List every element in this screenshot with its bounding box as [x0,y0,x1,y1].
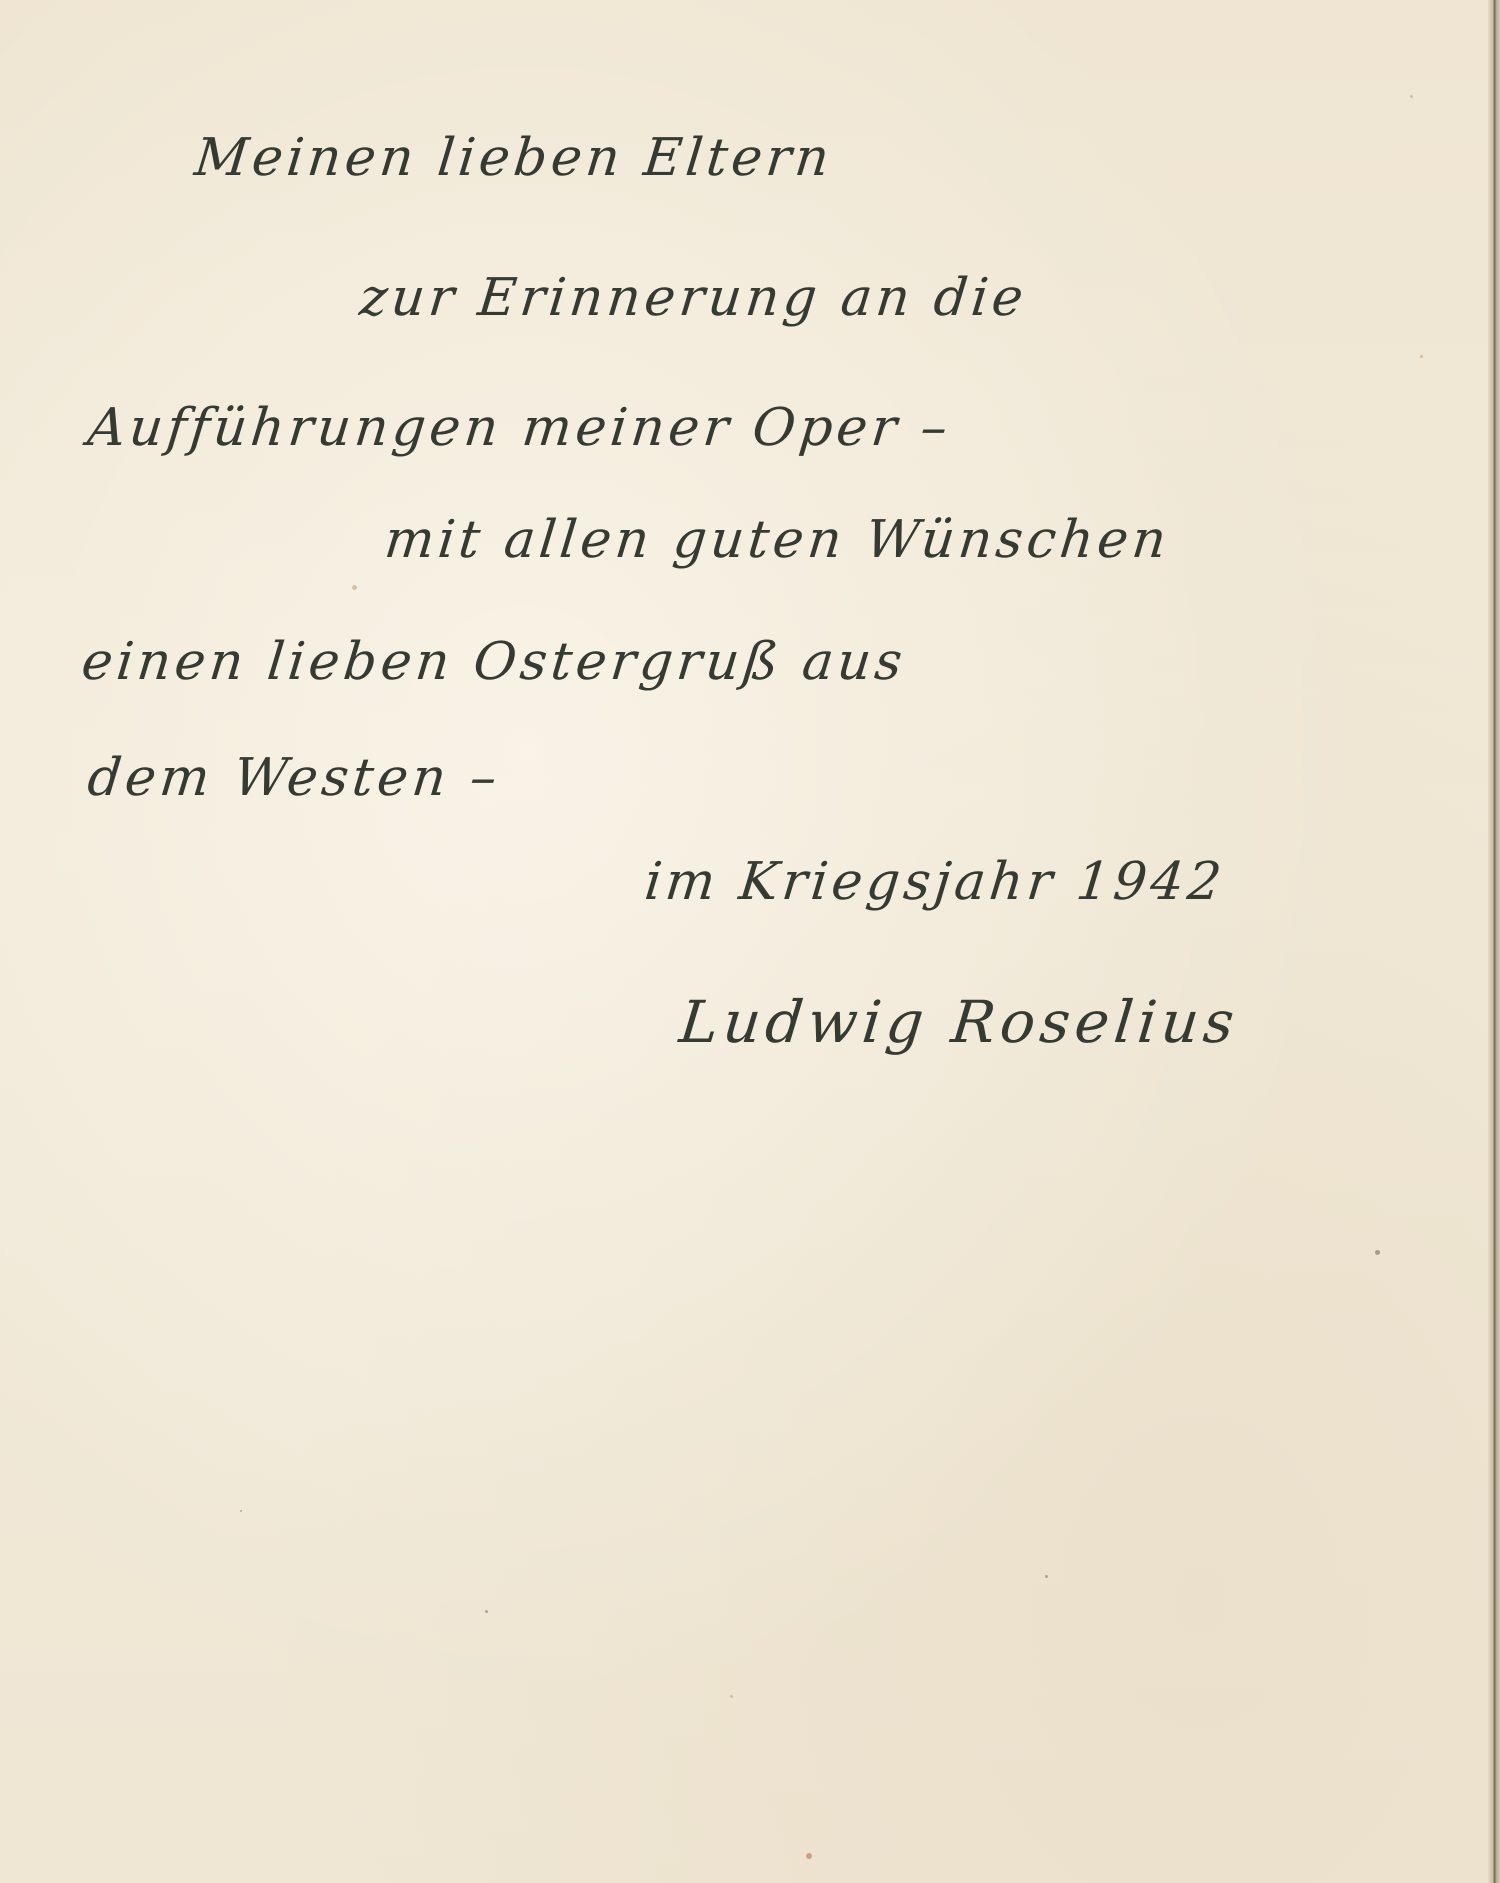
document-page: Meinen lieben Eltern zur Erinnerung an d… [0,0,1500,1883]
inscription-date: im Kriegsjahr 1942 [642,852,1228,912]
inscription-salutation: Meinen lieben Eltern [192,128,836,188]
inscription-line: zur Erinnerung an die [357,268,1030,328]
inscription-line: dem Westen – [85,748,504,808]
handwritten-inscription: Meinen lieben Eltern zur Erinnerung an d… [0,0,1500,1883]
page-edge [1488,0,1500,1883]
signature: Ludwig Roselius [676,988,1242,1056]
inscription-line: einen lieben Ostergruß aus [79,632,909,692]
inscription-line: mit allen guten Wünschen [382,510,1173,570]
inscription-line: Aufführungen meiner Oper – [85,398,954,458]
